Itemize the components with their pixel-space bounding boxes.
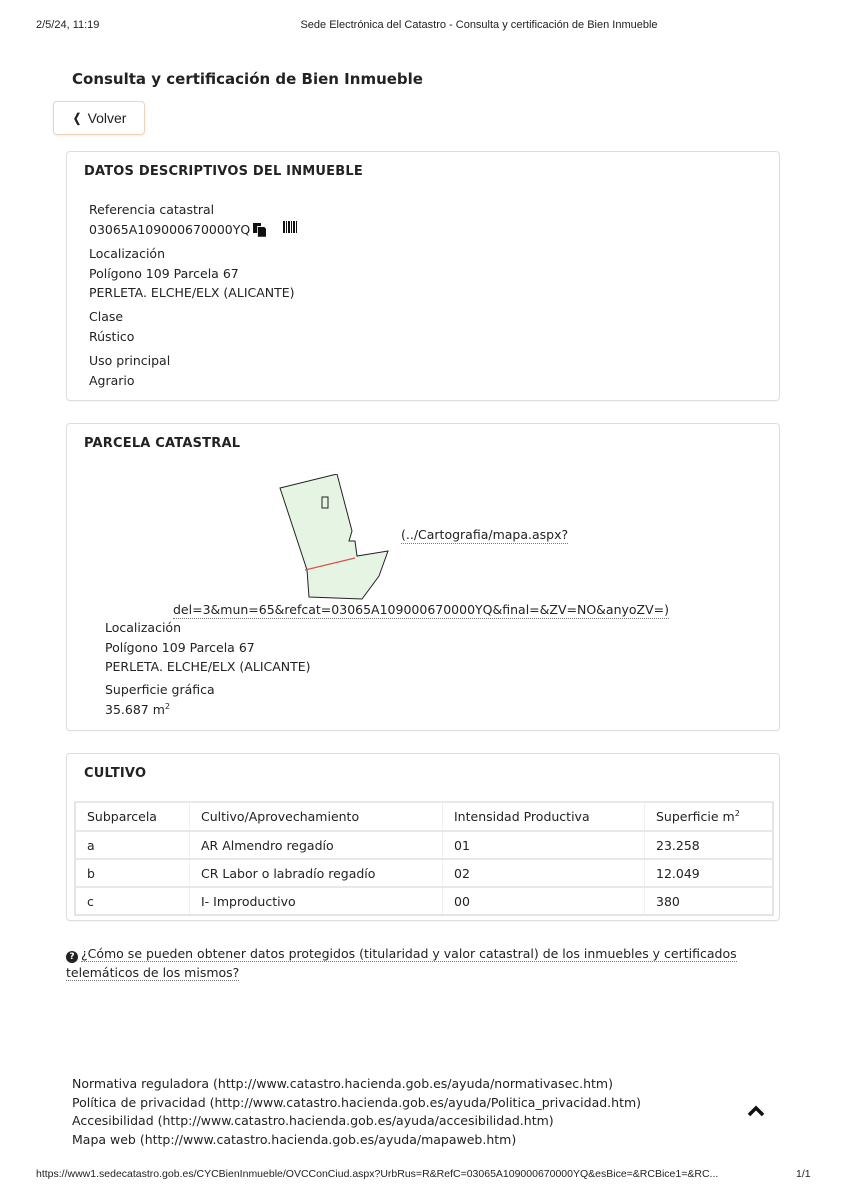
cell-intensidad: 01 bbox=[443, 831, 645, 859]
map-link-continued[interactable]: del=3&mun=65&refcat=03065A109000670000YQ… bbox=[173, 601, 669, 619]
parcela-localizacion-line1: Polígono 109 Parcela 67 bbox=[105, 638, 311, 658]
clase-value: Rústico bbox=[89, 327, 134, 347]
cell-cultivo: CR Labor o labradío regadío bbox=[190, 859, 443, 887]
uso-principal-field: Uso principal Agrario bbox=[89, 351, 170, 390]
referencia-value: 03065A109000670000YQ bbox=[89, 220, 250, 240]
cell-subparcela: c bbox=[75, 887, 190, 915]
cell-cultivo: AR Almendro regadío bbox=[190, 831, 443, 859]
cell-subparcela: b bbox=[75, 859, 190, 887]
map-link[interactable]: (../Cartografia/mapa.aspx? bbox=[401, 526, 568, 544]
chevron-up-icon[interactable] bbox=[747, 1103, 765, 1117]
footer-link-normativa[interactable]: Normativa reguladora (http://www.catastr… bbox=[72, 1075, 641, 1094]
col-subparcela: Subparcela bbox=[75, 802, 190, 831]
cultivo-heading: CULTIVO bbox=[84, 766, 146, 781]
parcela-localizacion-field: Localización Polígono 109 Parcela 67 PER… bbox=[105, 618, 311, 677]
superficie-label: Superficie gráfica bbox=[105, 680, 215, 700]
cell-intensidad: 02 bbox=[443, 859, 645, 887]
superficie-grafica-field: Superficie gráfica 35.687 m2 bbox=[105, 680, 215, 719]
help-link-text[interactable]: ¿Cómo se pueden obtener datos protegidos… bbox=[66, 946, 737, 981]
barcode-icon[interactable] bbox=[283, 221, 297, 237]
uso-label: Uso principal bbox=[89, 351, 170, 371]
superficie-value: 35.687 m2 bbox=[105, 700, 215, 720]
table-header-row: Subparcela Cultivo/Aprovechamiento Inten… bbox=[75, 802, 773, 831]
clase-field: Clase Rústico bbox=[89, 307, 134, 346]
footer-link-accesibilidad[interactable]: Accesibilidad (http://www.catastro.hacie… bbox=[72, 1112, 641, 1131]
cell-superficie: 23.258 bbox=[645, 831, 774, 859]
clase-label: Clase bbox=[89, 307, 134, 327]
referencia-label: Referencia catastral bbox=[89, 200, 297, 220]
cell-superficie: 380 bbox=[645, 887, 774, 915]
back-button[interactable]: ❮ Volver bbox=[53, 101, 145, 135]
copy-icon[interactable] bbox=[253, 223, 265, 236]
footer-link-privacidad[interactable]: Política de privacidad (http://www.catas… bbox=[72, 1094, 641, 1113]
page-title: Consulta y certificación de Bien Inmuebl… bbox=[72, 70, 423, 88]
referencia-catastral-field: Referencia catastral 03065A109000670000Y… bbox=[89, 200, 297, 239]
cultivo-table: Subparcela Cultivo/Aprovechamiento Inten… bbox=[74, 801, 774, 916]
cell-intensidad: 00 bbox=[443, 887, 645, 915]
datos-descriptivos-card: DATOS DESCRIPTIVOS DEL INMUEBLE Referenc… bbox=[66, 151, 780, 401]
chevron-left-icon: ❮ bbox=[73, 111, 81, 125]
print-url: https://www1.sedecatastro.gob.es/CYCBien… bbox=[36, 1168, 718, 1180]
parcel-map[interactable] bbox=[277, 474, 417, 604]
localizacion-label: Localización bbox=[89, 244, 295, 264]
help-protected-data[interactable]: ?¿Cómo se pueden obtener datos protegido… bbox=[66, 944, 786, 982]
back-button-label: Volver bbox=[88, 110, 127, 126]
localizacion-line1: Polígono 109 Parcela 67 bbox=[89, 264, 295, 284]
footer-links: Normativa reguladora (http://www.catastr… bbox=[72, 1075, 641, 1149]
col-superficie: Superficie m2 bbox=[645, 802, 774, 831]
datos-descriptivos-heading: DATOS DESCRIPTIVOS DEL INMUEBLE bbox=[84, 164, 363, 179]
col-intensidad: Intensidad Productiva bbox=[443, 802, 645, 831]
print-page-number: 1/1 bbox=[796, 1168, 811, 1180]
parcela-localizacion-label: Localización bbox=[105, 618, 311, 638]
footer-link-mapa-web[interactable]: Mapa web (http://www.catastro.hacienda.g… bbox=[72, 1131, 641, 1150]
table-row: bCR Labor o labradío regadío0212.049 bbox=[75, 859, 773, 887]
localizacion-line2: PERLETA. ELCHE/ELX (ALICANTE) bbox=[89, 283, 295, 303]
cell-subparcela: a bbox=[75, 831, 190, 859]
parcela-heading: PARCELA CATASTRAL bbox=[84, 436, 240, 451]
col-cultivo: Cultivo/Aprovechamiento bbox=[190, 802, 443, 831]
question-circle-icon: ? bbox=[66, 951, 78, 963]
cell-superficie: 12.049 bbox=[645, 859, 774, 887]
table-row: cI- Improductivo00380 bbox=[75, 887, 773, 915]
print-document-title: Sede Electrónica del Catastro - Consulta… bbox=[0, 19, 848, 31]
cell-cultivo: I- Improductivo bbox=[190, 887, 443, 915]
localizacion-field: Localización Polígono 109 Parcela 67 PER… bbox=[89, 244, 295, 303]
table-row: aAR Almendro regadío0123.258 bbox=[75, 831, 773, 859]
parcela-localizacion-line2: PERLETA. ELCHE/ELX (ALICANTE) bbox=[105, 657, 311, 677]
parcel-shape bbox=[277, 474, 417, 604]
uso-value: Agrario bbox=[89, 371, 170, 391]
parcela-catastral-card: PARCELA CATASTRAL (../Cartografia/mapa.a… bbox=[66, 423, 780, 731]
cultivo-card: CULTIVO Subparcela Cultivo/Aprovechamien… bbox=[66, 753, 780, 921]
